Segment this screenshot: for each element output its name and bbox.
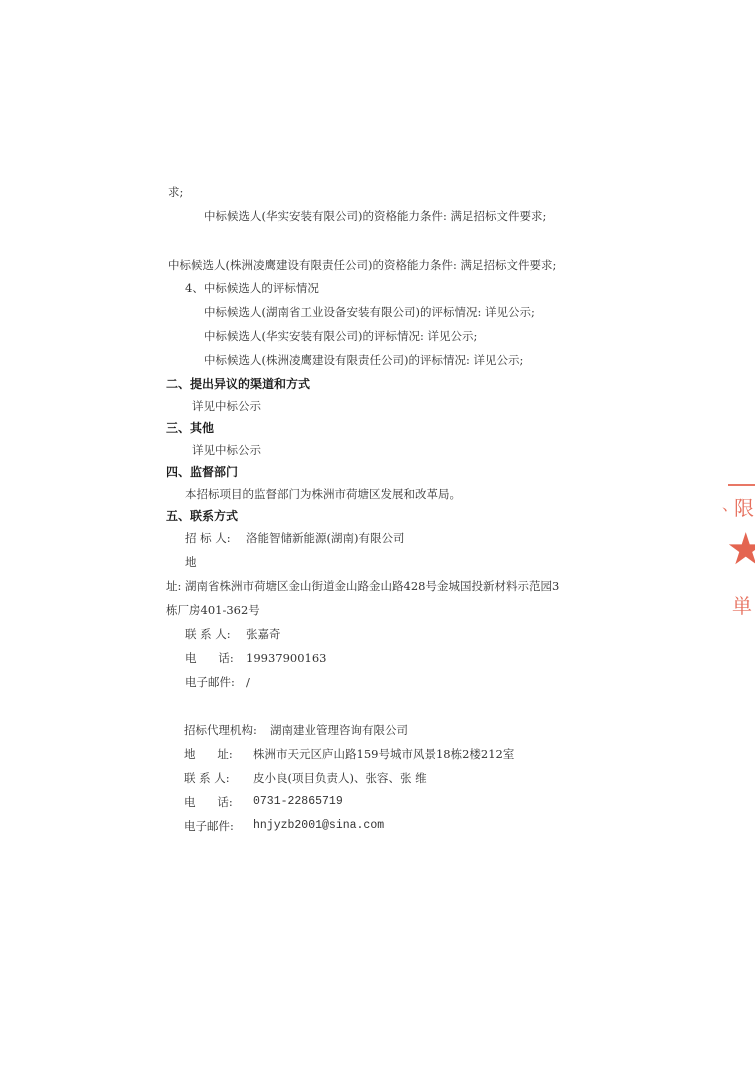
agency-contact-label: 联 系 人: xyxy=(184,770,230,786)
section-body: 本招标项目的监督部门为株洲市荷塘区发展和改革局。 xyxy=(185,486,461,502)
section-heading: 四、监督部门 xyxy=(166,464,238,480)
section-heading: 三、其他 xyxy=(166,420,214,436)
section-heading: 二、提出异议的渠道和方式 xyxy=(166,376,310,392)
agency-contact: 皮小良(项目负责人)、张容、张 维 xyxy=(253,770,427,786)
agency-phone-label: 电 话: xyxy=(184,794,233,810)
subheading: 4、中标候选人的评标情况 xyxy=(185,280,319,296)
tenderer-phone-label: 电 话: xyxy=(185,650,234,666)
section-heading: 五、联系方式 xyxy=(166,508,238,524)
tenderer-name-label: 招 标 人: xyxy=(185,530,231,546)
company-seal: 、 限 ★ 単 xyxy=(722,478,755,628)
text-line: 求; xyxy=(168,184,183,200)
agency-address: 株洲市天元区庐山路159号城市风景18栋2楼212室 xyxy=(253,746,514,762)
text-line: 中标候选人(株洲凌鹰建设有限责任公司)的评标情况: 详见公示; xyxy=(204,352,523,368)
text-line: 中标候选人(华实安装有限公司)的资格能力条件: 满足招标文件要求; xyxy=(204,208,546,224)
agency-name-label: 招标代理机构: xyxy=(184,722,257,738)
tenderer-address-cont: 栋厂房401-362号 xyxy=(166,602,260,618)
text-line: 中标候选人(湖南省工业设备安装有限公司)的评标情况: 详见公示; xyxy=(204,304,535,320)
section-body: 详见中标公示 xyxy=(192,442,261,458)
agency-email-label: 电子邮件: xyxy=(184,818,234,834)
tenderer-email-label: 电子邮件: xyxy=(185,674,235,690)
text-line: 中标候选人(华实安装有限公司)的评标情况: 详见公示; xyxy=(204,328,477,344)
seal-char: 限 xyxy=(734,492,754,521)
text-line: 中标候选人(株洲凌鹰建设有限责任公司)的资格能力条件: 满足招标文件要求; xyxy=(168,257,556,273)
tenderer-address: 址: 湖南省株洲市荷塘区金山街道金山路金山路428号金城国投新材料示范园3 xyxy=(166,578,559,594)
tenderer-contact-label: 联 系 人: xyxy=(185,626,231,642)
agency-email: hnjyzb2001@sina.com xyxy=(253,818,384,834)
star-icon: ★ xyxy=(726,528,755,572)
agency-phone: 0731-22865719 xyxy=(253,794,343,810)
tenderer-phone: 19937900163 xyxy=(246,650,326,666)
section-body: 详见中标公示 xyxy=(192,398,261,414)
agency-name: 湖南建业管理咨询有限公司 xyxy=(270,722,408,738)
tenderer-email: / xyxy=(246,674,250,690)
seal-char: 単 xyxy=(732,590,752,619)
tenderer-address-label: 地 xyxy=(185,554,197,570)
tenderer-contact: 张嘉奇 xyxy=(246,626,281,642)
tenderer-name: 洛能智储新能源(湖南)有限公司 xyxy=(246,530,404,546)
agency-address-label: 地 址: xyxy=(184,746,233,762)
seal-border xyxy=(728,484,755,486)
